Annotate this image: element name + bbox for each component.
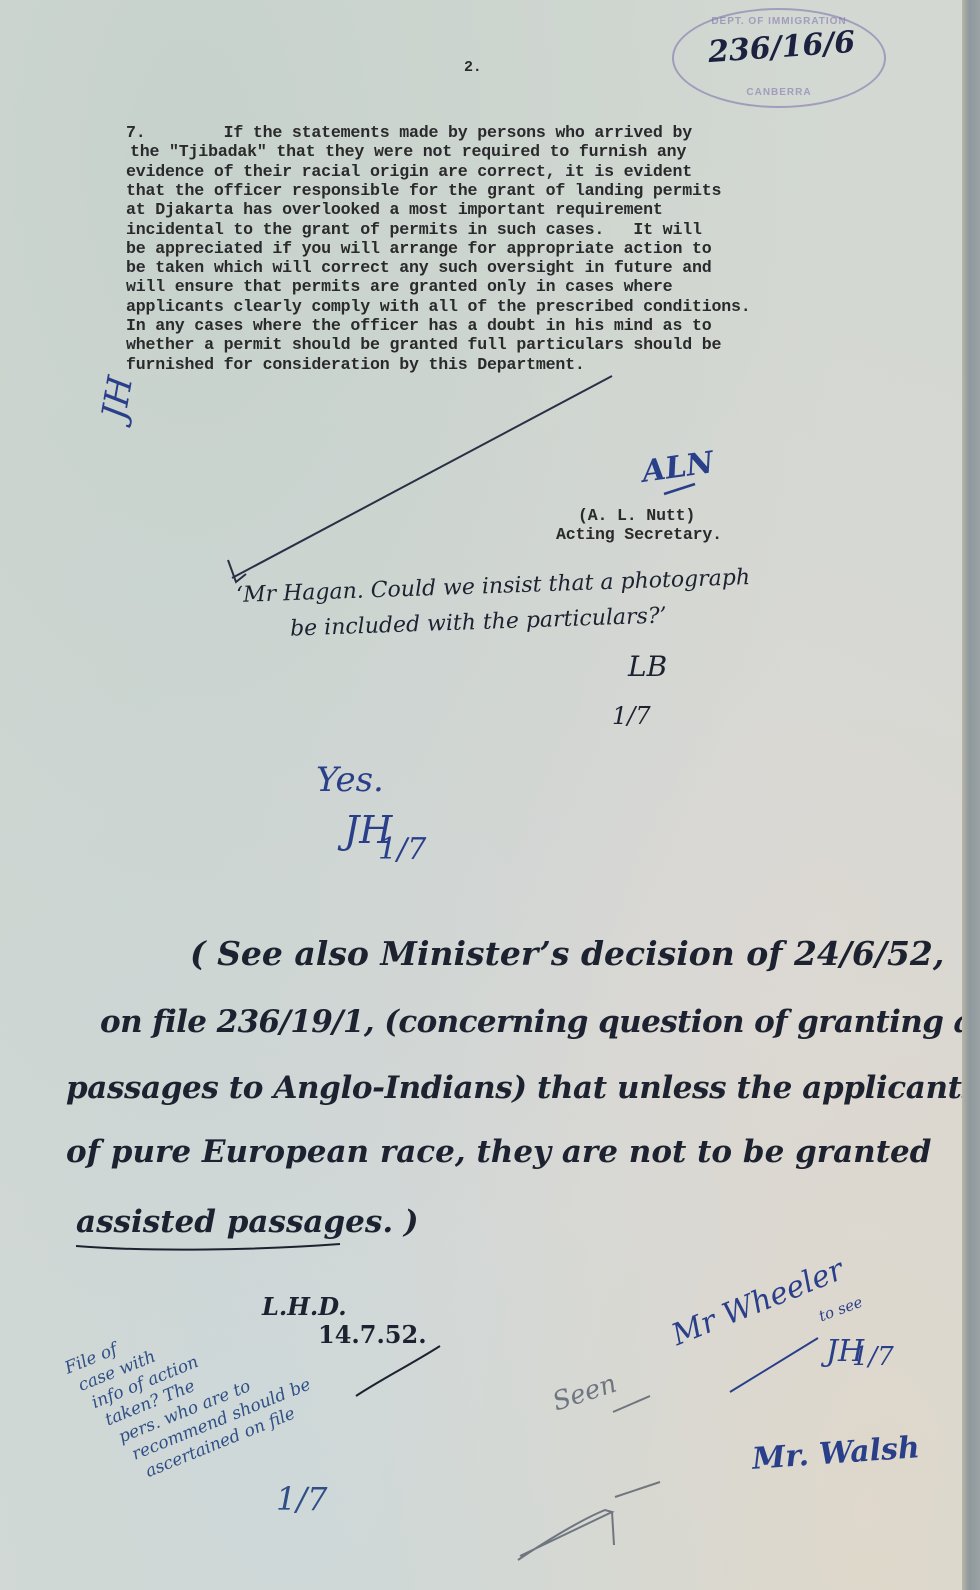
document-page: 2. DEPT. OF IMMIGRATION CANBERRA 236/16/…: [0, 0, 962, 1590]
page-edge: [962, 0, 980, 1590]
annotation-minister-line-5: assisted passages. ): [76, 1204, 419, 1240]
signatory-name: (A. L. Nutt): [578, 506, 695, 525]
annotation-minister-line-3: passages to Anglo-Indians) that unless t…: [66, 1070, 980, 1106]
annotation-date-1: 1/7: [612, 702, 651, 730]
annotation-initials-lhd: L.H.D.: [262, 1292, 347, 1321]
annotation-yes-date: 1/7: [378, 832, 426, 867]
annotation-file-note-date: 1/7: [276, 1480, 328, 1518]
annotation-yes: Yes.: [316, 760, 384, 800]
annotation-minister-line-4: of pure European race, they are not to b…: [66, 1134, 931, 1170]
annotation-wheeler-date: 1/7: [852, 1342, 894, 1372]
annotation-minister-line-2: on file 236/19/1, (concerning question o…: [100, 1004, 980, 1040]
annotation-date-lhd: 14.7.52.: [318, 1320, 427, 1349]
annotation-minister-line-1: ( See also Minister’s decision of 24/6/5…: [190, 934, 944, 973]
signatory-title: Acting Secretary.: [556, 525, 722, 544]
annotation-initials-lb: LB: [628, 650, 667, 683]
